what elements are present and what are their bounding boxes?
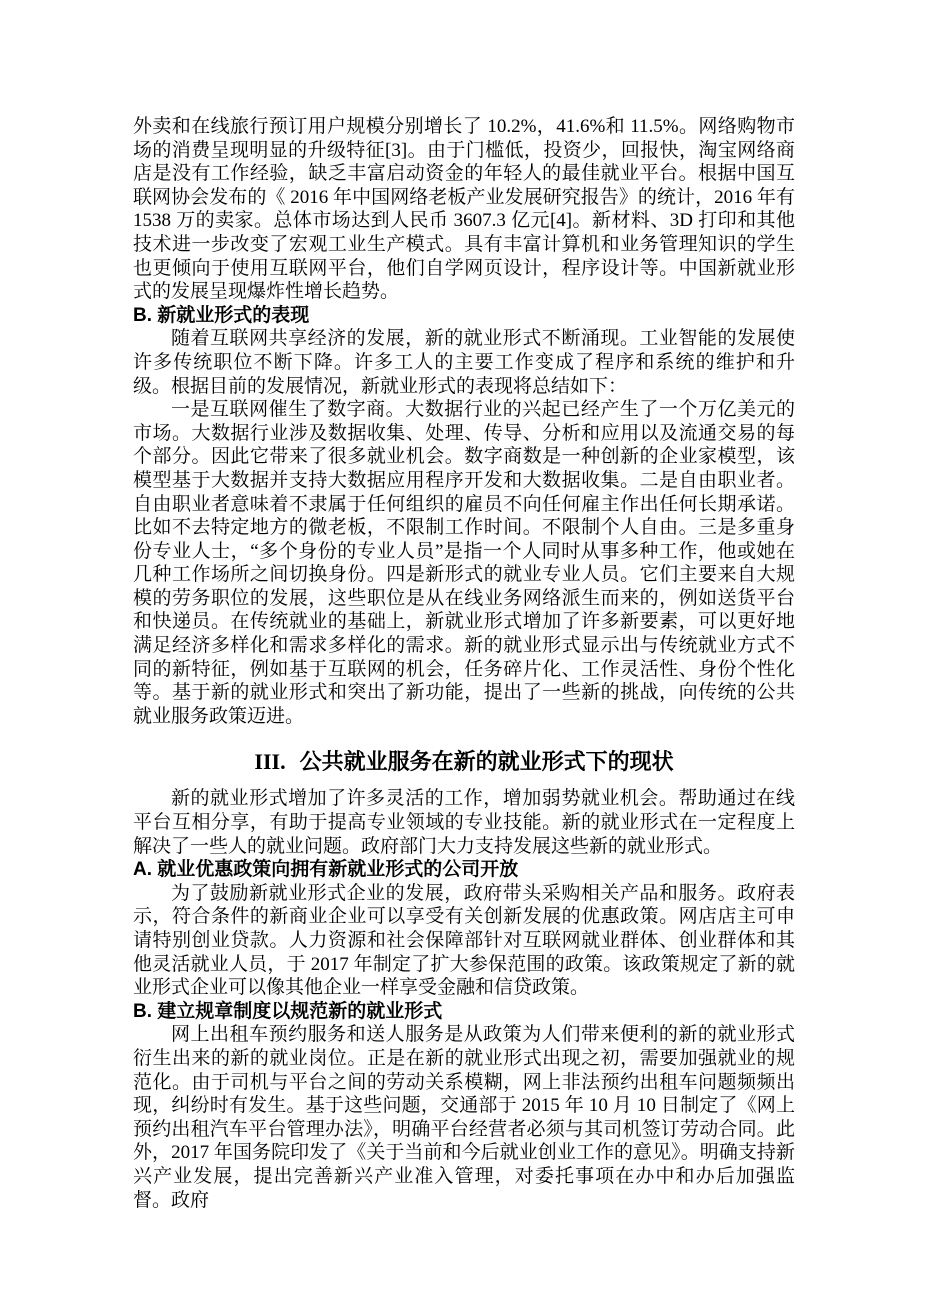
paragraph-encourage-enterprises: 为了鼓励新就业形式企业的发展，政府带头采购相关产品和服务。政府表示，符合条件的新… [133,882,795,1000]
heading-preferential-policy: A. 就业优惠政策向拥有新就业形式的公司开放 [133,858,795,882]
paragraph-online-taxi-regulation: 网上出租车预约服务和送人服务是从政策为人们带来便利的新的就业形式衍生出来的新的就… [133,1023,795,1212]
heading-establish-regulations: B. 建立规章制度以规范新的就业形式 [133,1000,795,1024]
paragraph-flexible-jobs: 新的就业形式增加了许多灵活的工作，增加弱势就业机会。帮助通过在线平台互相分享，有… [133,787,795,858]
paragraph-market-growth: 外卖和在线旅行预订用户规模分别增长了 10.2%，41.6%和 11.5%。网络… [133,115,795,304]
paragraph-four-employment-types: 一是互联网催生了数字商。大数据行业的兴起已经产生了一个万亿美元的市场。大数据行业… [133,398,795,728]
section-title: 公共就业服务在新的就业形式下的现状 [300,749,674,774]
section-numeral: III. [254,749,285,774]
document-page: 外卖和在线旅行预订用户规模分别增长了 10.2%，41.6%和 11.5%。网络… [0,0,926,1309]
section-heading-iii: III.公共就业服务在新的就业形式下的现状 [133,747,795,777]
heading-new-employment-performance: B. 新就业形式的表现 [133,304,795,328]
paragraph-new-forms-emergence: 随着互联网共享经济的发展，新的就业形式不断涌现。工业智能的发展使许多传统职位不断… [133,327,795,398]
